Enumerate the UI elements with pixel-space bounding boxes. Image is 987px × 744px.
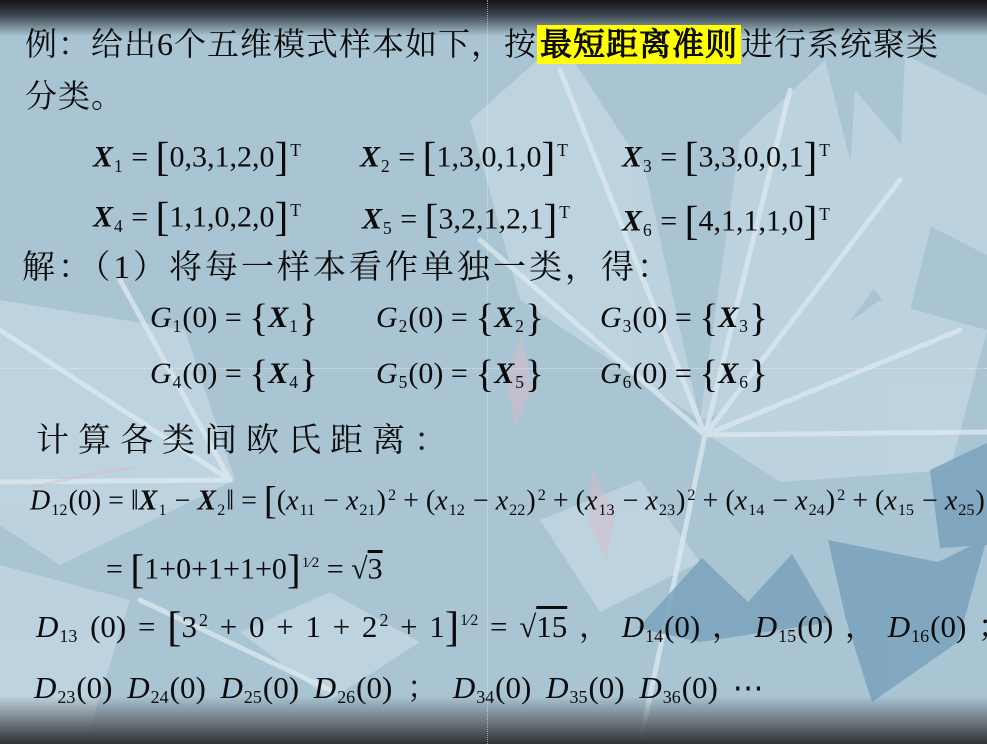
solution-step1-text: 解：（1）将每一样本看作单独一类，得：	[22, 246, 673, 290]
formula-vector-x4: X4 = [1,1,0,2,0]T	[93, 184, 301, 252]
formula-distance-remaining-line: D23(0) D24(0) D25(0) D26(0) ； D34(0) D35…	[34, 662, 764, 723]
formula-vector-x2: X2 = [1,3,0,1,0]T	[360, 124, 568, 192]
formula-distance-d13-line: D13 (0) = [32 + 0 + 1 + 22 + 1]1⁄2 = √15…	[36, 592, 987, 664]
formula-group-g2: G2(0) = {X2}	[376, 290, 544, 354]
formula-distance-d12-definition: D12(0) = ‖X1 − X2‖ = [(x11 − x21)2 + (x1…	[30, 464, 987, 541]
title-line-1: 例：给出6个五维模式样本如下，按最短距离准则进行系统聚类	[25, 22, 939, 66]
formula-distance-d12-evaluation: = [1+0+1+1+0]1⁄2 = √3	[106, 534, 383, 599]
formula-vector-x3: X3 = [3,3,0,0,1]T	[622, 124, 830, 192]
title-pre: 例：给出6个五维模式样本如下，按	[25, 26, 537, 62]
title-line-2: 分类。	[25, 74, 124, 118]
formula-vector-x5: X5 = [3,2,1,2,1]T	[362, 186, 570, 254]
formula-vector-x1: X1 = [0,3,1,2,0]T	[93, 124, 301, 192]
title-post: 进行系统聚类	[741, 26, 939, 62]
formula-group-g6: G6(0) = {X6}	[600, 346, 768, 410]
formula-group-g4: G4(0) = {X4}	[150, 346, 318, 410]
formula-group-g1: G1(0) = {X1}	[150, 290, 318, 354]
presentation-slide: 例：给出6个五维模式样本如下，按最短距离准则进行系统聚类 分类。 X1 = [0…	[0, 0, 987, 744]
compute-distance-text: 计算各类间欧氏距离：	[36, 418, 456, 464]
formula-group-g5: G5(0) = {X5}	[376, 346, 544, 410]
formula-group-g3: G3(0) = {X3}	[600, 290, 768, 354]
title-highlight: 最短距离准则	[537, 25, 741, 64]
